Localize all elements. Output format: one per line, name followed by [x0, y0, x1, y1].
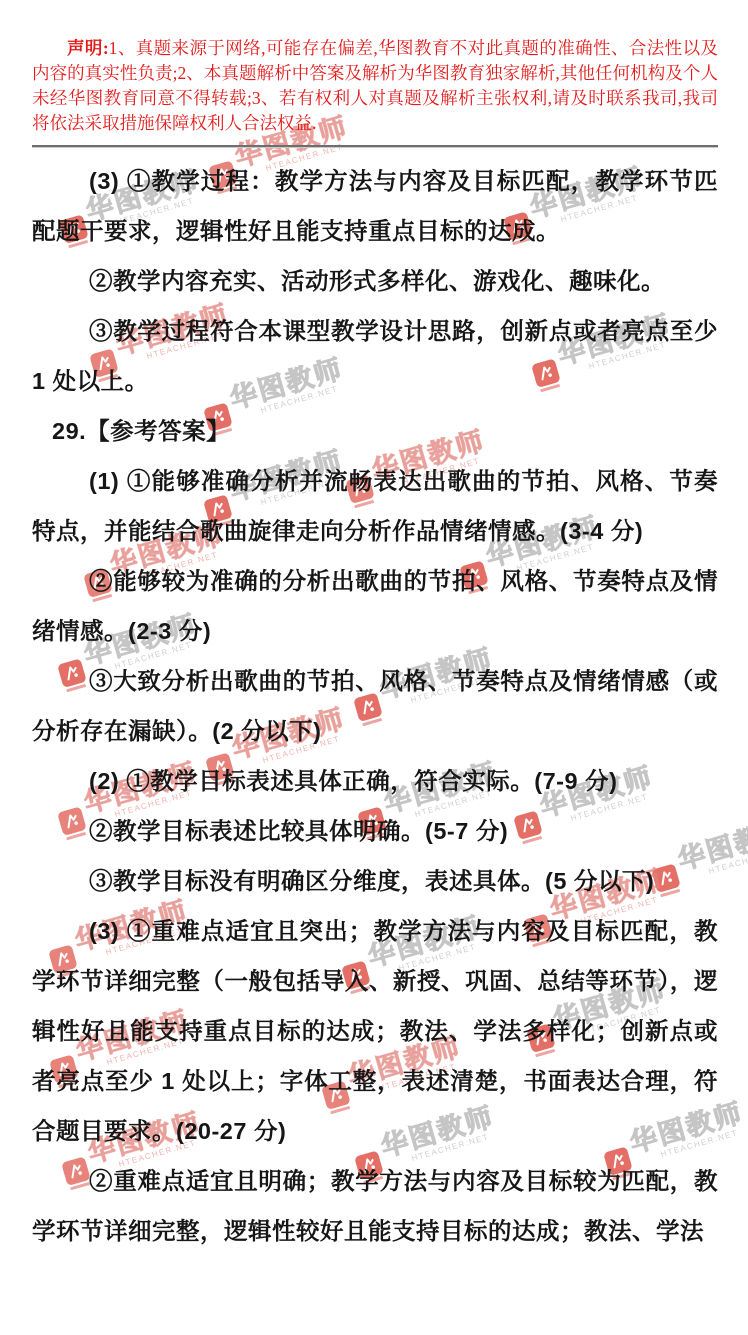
answer-body: (3) ①教学过程：教学方法与内容及目标匹配，教学环节匹配题干要求，逻辑性好且能…	[32, 156, 718, 1256]
paragraph: ②重难点适宜且明确；教学方法与内容及目标较为匹配，教学环节详细完整，逻辑性较好且…	[32, 1156, 718, 1256]
paragraph: ③教学过程符合本课型教学设计思路，创新点或者亮点至少 1 处以上。	[32, 306, 718, 406]
document-content: 声明:1、真题来源于网络,可能存在偏差,华图教育不对此真题的准确性、合法性以及内…	[0, 0, 748, 1335]
paragraph: (3) ①重难点适宜且突出；教学方法与内容及目标匹配，教学环节详细完整（一般包括…	[32, 906, 718, 1156]
section-divider	[32, 145, 718, 148]
paragraph: (1) ①能够准确分析并流畅表达出歌曲的节拍、风格、节奏特点，并能结合歌曲旋律走…	[32, 456, 718, 556]
paragraph: ②教学目标表述比较具体明确。(5-7 分)	[32, 806, 718, 856]
paragraph: ③教学目标没有明确区分维度，表述具体。(5 分以下)	[32, 856, 718, 906]
answer-sheet-page: 华图教师 HTEACHER.NET 华图教师 HTEACHER.NET	[0, 0, 748, 1335]
paragraph: 29.【参考答案】	[32, 406, 718, 456]
paragraph: ②能够较为准确的分析出歌曲的节拍、风格、节奏特点及情绪情感。(2-3 分)	[32, 556, 718, 656]
paragraph: (3) ①教学过程：教学方法与内容及目标匹配，教学环节匹配题干要求，逻辑性好且能…	[32, 156, 718, 256]
disclaimer-text: 1、真题来源于网络,可能存在偏差,华图教育不对此真题的准确性、合法性以及内容的真…	[32, 38, 718, 133]
paragraph: ③大致分析出歌曲的节拍、风格、节奏特点及情绪情感（或分析存在漏缺）。(2 分以下…	[32, 656, 718, 756]
disclaimer-paragraph: 声明:1、真题来源于网络,可能存在偏差,华图教育不对此真题的准确性、合法性以及内…	[32, 36, 718, 136]
disclaimer-label: 声明:	[67, 38, 109, 58]
paragraph: (2) ①教学目标表述具体正确，符合实际。(7-9 分)	[32, 756, 718, 806]
paragraph: ②教学内容充实、活动形式多样化、游戏化、趣味化。	[32, 256, 718, 306]
